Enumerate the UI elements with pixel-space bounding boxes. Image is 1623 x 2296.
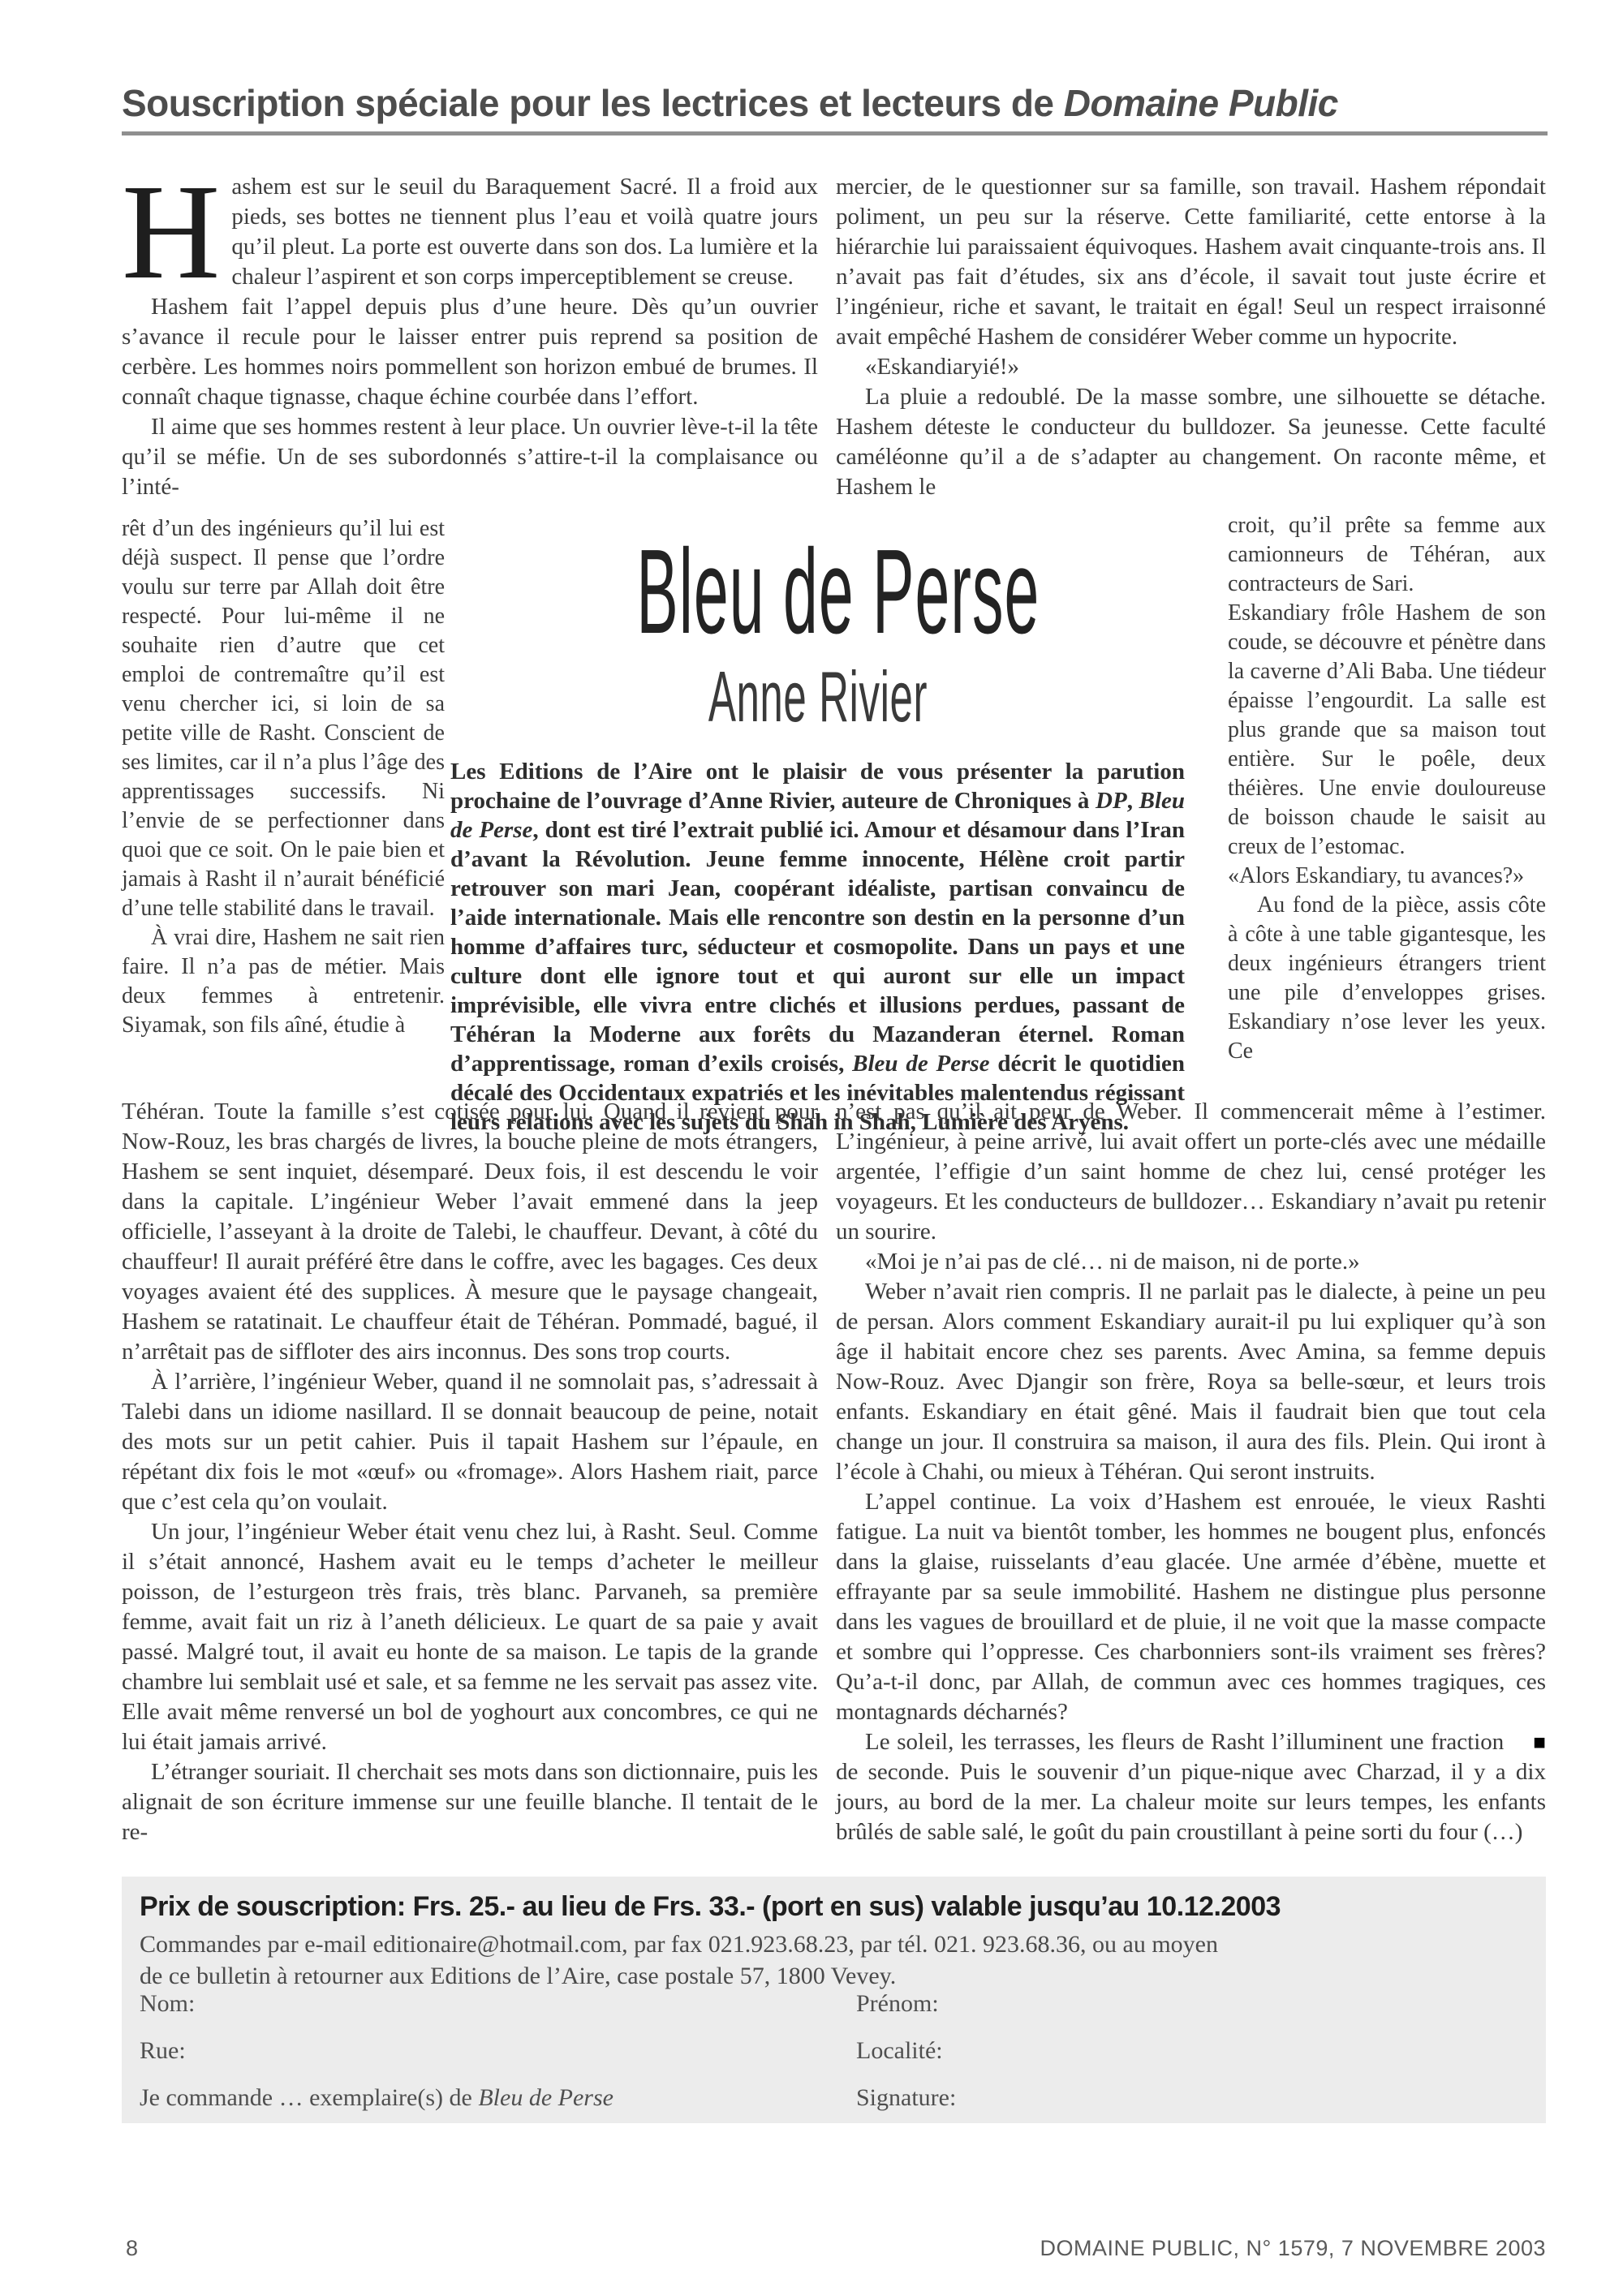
paragraph: Téhéran. Toute la famille s’est cotisée … (122, 1097, 818, 1367)
paragraph: Il aime que ses hommes restent à leur pl… (122, 412, 818, 502)
intro-run-italic: DP (1096, 788, 1127, 814)
order-book-title: Bleu de Perse (478, 2084, 613, 2111)
paragraph: mercier, de le questionner sur sa famill… (836, 172, 1546, 352)
paragraph: croit, qu’il prête sa femme aux camionne… (1228, 511, 1546, 599)
intro-run-italic: Bleu de Perse (852, 1051, 989, 1077)
paragraph: Au fond de la pièce, assis côte à côte à… (1228, 891, 1546, 1066)
paragraph: L’étranger souriait. Il cherchait ses mo… (122, 1757, 818, 1847)
paragraph: L’appel continue. La voix d’Hashem est e… (836, 1487, 1546, 1727)
field-label-localite: Localité: (856, 2037, 943, 2065)
left-column-narrow: rêt d’un des ingénieurs qu’il lui est dé… (122, 514, 445, 1040)
right-column-narrow: croit, qu’il prête sa femme aux camionne… (1228, 511, 1546, 1066)
paragraph: n’est pas qu’il ait peur de Weber. Il co… (836, 1097, 1546, 1247)
subscription-contact: Commandes par e-mail editionaire@hotmail… (140, 1928, 1528, 1992)
left-column-bottom: Téhéran. Toute la famille s’est cotisée … (122, 1097, 818, 1847)
field-label-prenom: Prénom: (856, 1990, 939, 2018)
right-column-bottom: n’est pas qu’il ait peur de Weber. Il co… (836, 1097, 1546, 1847)
paragraph: «Eskandiaryié!» (836, 352, 1546, 382)
paragraph: Un jour, l’ingénieur Weber était venu ch… (122, 1517, 818, 1757)
article-title: Bleu de Perse (450, 531, 1185, 653)
intro-run: Les Editions de l’Aire ont le plaisir de… (450, 759, 1185, 814)
intro-run: , dont est tiré l’extrait publié ici. Am… (450, 817, 1185, 1077)
paragraph: ■Le soleil, les terrasses, les fleurs de… (836, 1727, 1546, 1847)
paragraph: Hashem fait l’appel depuis plus d’une he… (122, 292, 818, 412)
paragraph: «Alors Eskandiary, tu avances?» (1228, 862, 1546, 891)
paragraph: Weber n’avait rien compris. Il ne parlai… (836, 1277, 1546, 1487)
paragraph: rêt d’un des ingénieurs qu’il lui est dé… (122, 514, 445, 923)
header-brand: Domaine Public (1064, 82, 1338, 124)
end-mark: ■ (1504, 1727, 1546, 1757)
field-label-nom: Nom: (140, 1990, 195, 2018)
left-column-top: Hashem est sur le seuil du Baraquement S… (122, 172, 818, 502)
field-label-rue: Rue: (140, 2037, 186, 2065)
issue-line: DOMAINE PUBLIC, N° 1579, 7 NOVEMBRE 2003 (1040, 2236, 1546, 2261)
field-label-order: Je commande … exemplaire(s) de Bleu de P… (140, 2084, 613, 2112)
subscription-form-box: Prix de souscription: Frs. 25.- au lieu … (122, 1877, 1546, 2123)
paragraph-text: Le soleil, les terrasses, les fleurs de … (836, 1729, 1546, 1845)
page-number: 8 (126, 2236, 138, 2261)
header-title: Souscription spéciale pour les lectrices… (122, 82, 1064, 124)
paragraph-text: ashem est sur le seuil du Baraquement Sa… (231, 174, 818, 290)
subscription-price: Prix de souscription: Frs. 25.- au lieu … (140, 1890, 1528, 1924)
paragraph: À l’arrière, l’ingénieur Weber, quand il… (122, 1367, 818, 1517)
paragraph: Hashem est sur le seuil du Baraquement S… (122, 172, 818, 292)
article-author: Anne Rivier (450, 660, 1185, 734)
paragraph: À vrai dire, Hashem ne sait rien faire. … (122, 923, 445, 1040)
drop-cap: H (122, 174, 220, 291)
intro-run: , (1127, 788, 1139, 814)
feature-box: Bleu de Perse Anne Rivier Les Editions d… (450, 531, 1185, 1137)
article-intro: Les Editions de l’Aire ont le plaisir de… (450, 757, 1185, 1137)
paragraph: La pluie a redoublé. De la masse sombre,… (836, 382, 1546, 502)
field-label-signature: Signature: (856, 2084, 956, 2112)
paragraph: Eskandiary frôle Hashem de son coude, se… (1228, 599, 1546, 862)
page-header: Souscription spéciale pour les lectrices… (122, 81, 1548, 135)
right-column-top: mercier, de le questionner sur sa famill… (836, 172, 1546, 502)
magazine-page: Souscription spéciale pour les lectrices… (0, 0, 1623, 2296)
paragraph: «Moi je n’ai pas de clé… ni de maison, n… (836, 1247, 1546, 1277)
